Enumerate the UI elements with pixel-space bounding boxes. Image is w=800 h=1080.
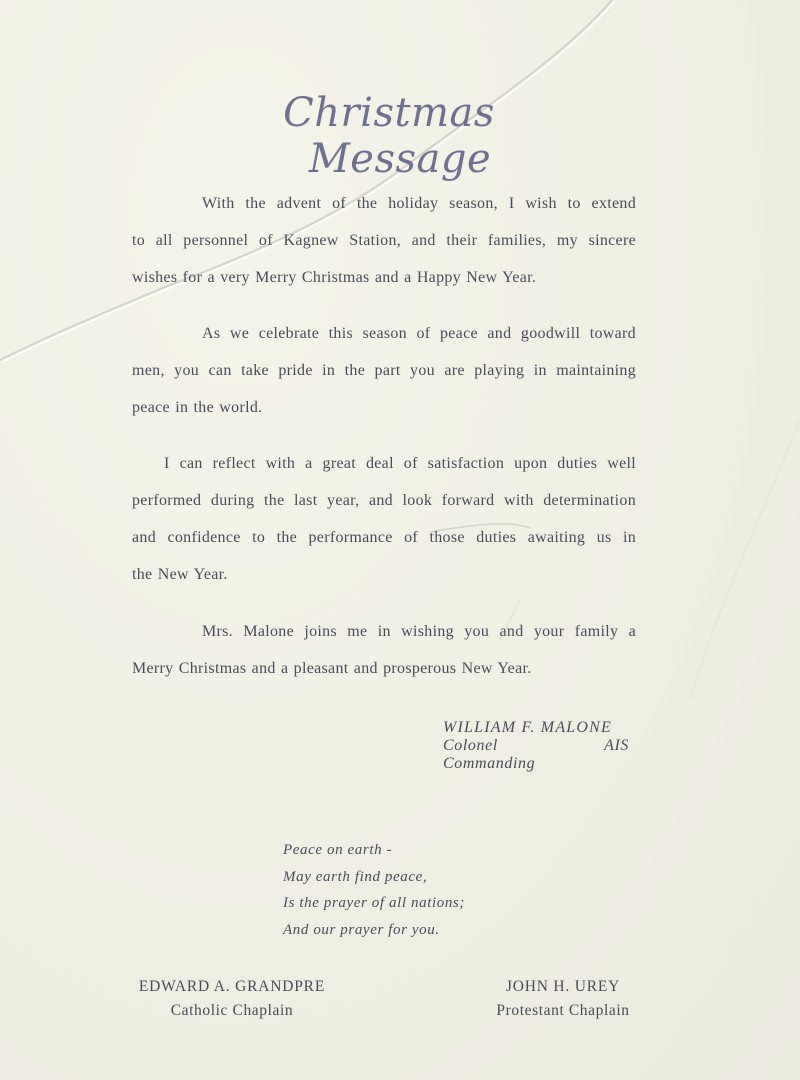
paragraph-4-line-1: Mrs. Malone joins me in wishing you and … xyxy=(202,622,636,642)
paragraph-1-line-3: wishes for a very Merry Christmas and a … xyxy=(132,268,536,288)
paragraph-2-line-3: peace in the world. xyxy=(132,398,262,418)
chaplain-catholic: EDWARD A. GRANDPRE Catholic Chaplain xyxy=(131,975,333,1023)
title-word-message: Message xyxy=(309,136,491,182)
poem-line-3: Is the prayer of all nations; xyxy=(283,890,465,917)
chaplain-protestant: JOHN H. UREY Protestant Chaplain xyxy=(482,975,644,1023)
paragraph-1-line-2: to all personnel of Kagnew Station, and … xyxy=(132,231,636,251)
paragraph-3-line-4: the New Year. xyxy=(132,565,228,585)
paragraph-3-line-3: and confidence to the performance of tho… xyxy=(132,528,636,548)
paragraph-3-line-1: I can reflect with a great deal of satis… xyxy=(164,454,636,474)
chaplain-catholic-title: Catholic Chaplain xyxy=(131,999,333,1023)
signature-rank: Colonel xyxy=(443,737,498,755)
paragraph-1-line-1: With the advent of the holiday season, I… xyxy=(202,194,636,214)
signature-role: Commanding xyxy=(443,755,629,773)
paragraph-3-line-2: performed during the last year, and look… xyxy=(132,491,636,511)
title-word-christmas: Christmas xyxy=(283,90,495,136)
signature-branch: AIS xyxy=(604,737,629,755)
paragraph-4-line-2: Merry Christmas and a pleasant and prosp… xyxy=(132,659,532,679)
signature-name: WILLIAM F. MALONE xyxy=(443,719,629,737)
page-title: ChristmasMessage xyxy=(200,90,600,182)
poem-line-4: And our prayer for you. xyxy=(283,917,465,944)
poem-line-2: May earth find peace, xyxy=(283,864,465,891)
paragraph-2-line-2: men, you can take pride in the part you … xyxy=(132,361,636,381)
poem-line-1: Peace on earth - xyxy=(283,837,465,864)
chaplain-protestant-name: JOHN H. UREY xyxy=(482,975,644,999)
chaplain-catholic-name: EDWARD A. GRANDPRE xyxy=(131,975,333,999)
signature-block: WILLIAM F. MALONE Colonel AIS Commanding xyxy=(443,719,629,773)
poem: Peace on earth - May earth find peace, I… xyxy=(283,837,465,943)
paragraph-2-line-1: As we celebrate this season of peace and… xyxy=(202,324,636,344)
chaplain-protestant-title: Protestant Chaplain xyxy=(482,999,644,1023)
